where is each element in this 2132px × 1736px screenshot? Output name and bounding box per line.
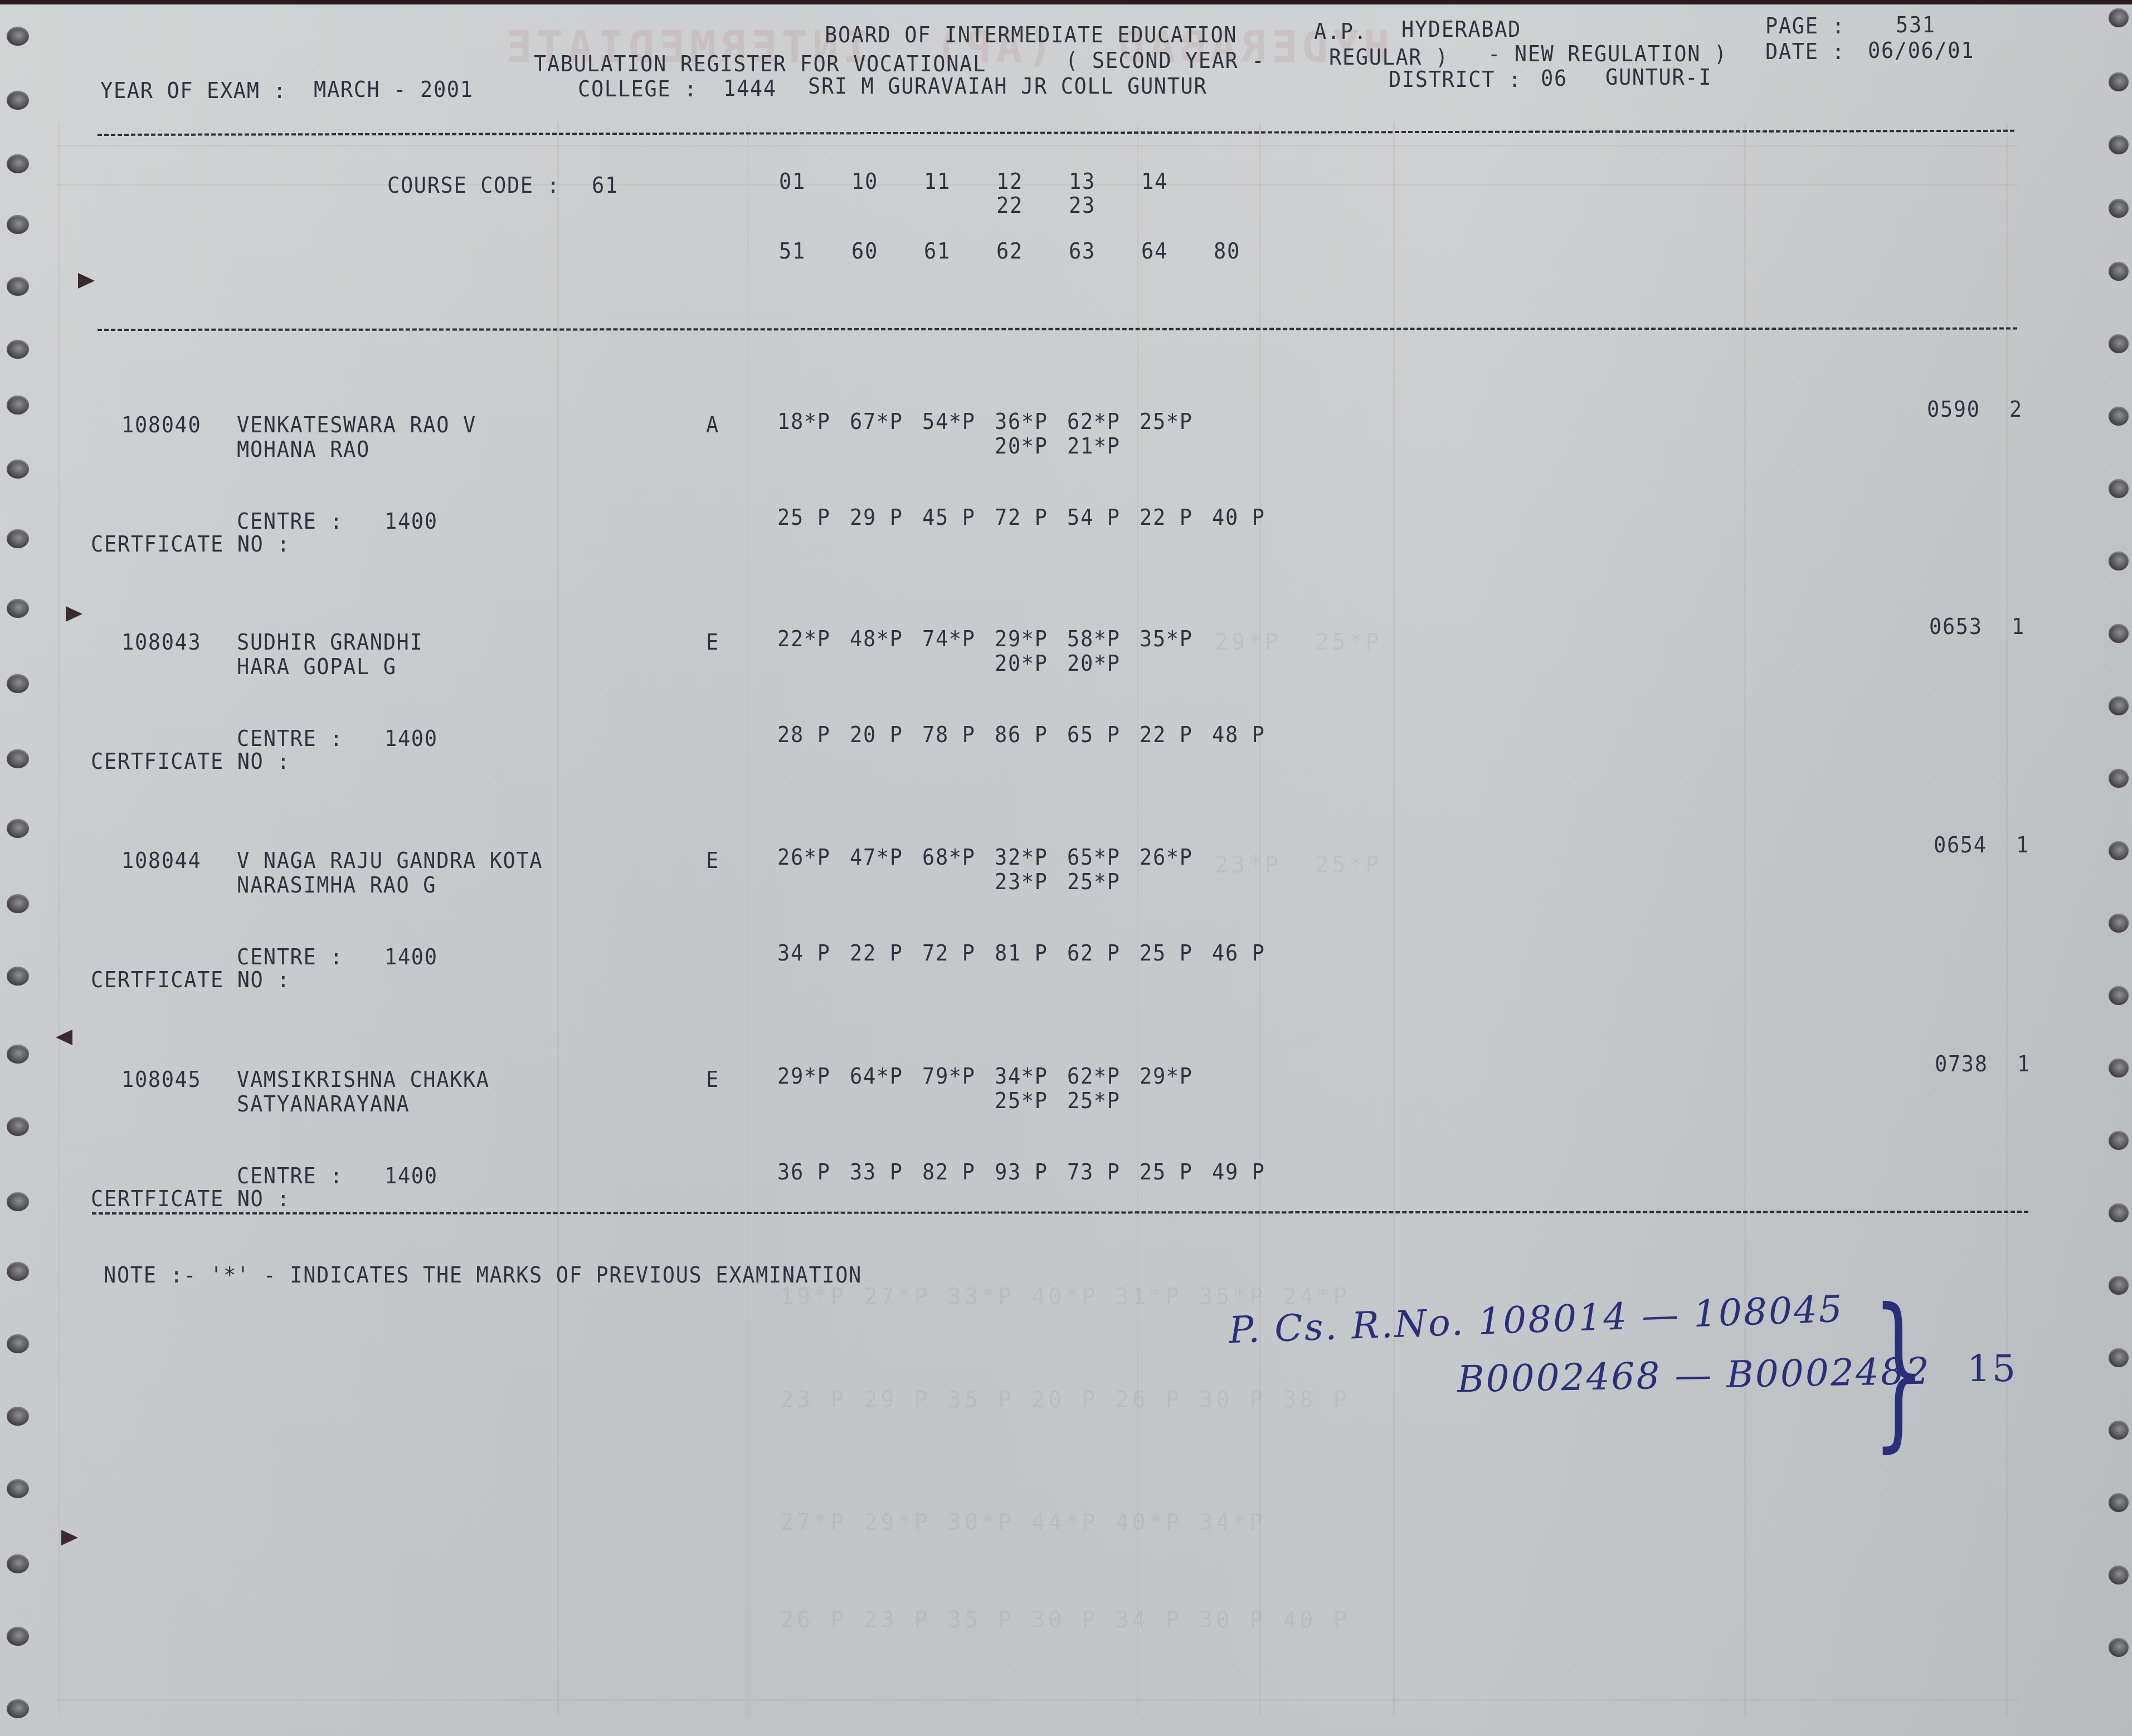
centre-code: 1400 xyxy=(384,727,438,750)
bleed-grid-line xyxy=(1744,123,1746,1716)
paper-tear-mark xyxy=(56,1030,72,1045)
current-mark: 22 P xyxy=(1140,723,1193,747)
current-mark: 82 P xyxy=(922,1160,976,1184)
year-label: YEAR OF EXAM : xyxy=(100,79,286,103)
date-label: DATE : xyxy=(1765,40,1845,64)
college-code: 1444 xyxy=(723,77,777,100)
roll-number: 108045 xyxy=(121,1068,201,1091)
sprocket-hole xyxy=(2109,769,2129,788)
current-mark: 33 P xyxy=(850,1160,903,1184)
total-marks: 0738 xyxy=(1935,1052,1988,1076)
bleed-grid-line xyxy=(56,184,2017,186)
total-marks: 0590 xyxy=(1927,398,1980,421)
sprocket-hole xyxy=(7,1192,29,1211)
subject-code: 23 xyxy=(1069,194,1096,217)
centre-label: CENTRE : xyxy=(237,727,343,750)
total-marks: 0653 xyxy=(1929,615,1983,638)
sprocket-hole xyxy=(7,1334,29,1353)
current-mark: 86 P xyxy=(995,723,1048,747)
sprocket-hole xyxy=(7,1407,29,1426)
previous-mark: 25*P xyxy=(995,1089,1048,1113)
previous-mark: 34*P xyxy=(995,1065,1048,1088)
current-mark: 72 P xyxy=(995,506,1048,529)
certificate-label: CERTFICATE NO : xyxy=(91,1187,290,1211)
current-mark: 25 P xyxy=(777,506,831,529)
centre-code: 1400 xyxy=(384,1164,438,1188)
current-mark: 62 P xyxy=(1067,942,1121,965)
current-mark: 20 P xyxy=(850,723,903,747)
subject-code: 51 xyxy=(779,240,806,263)
sprocket-hole xyxy=(2109,1276,2129,1295)
subject-code: 12 xyxy=(996,170,1023,193)
sprocket-hole xyxy=(2109,1421,2129,1440)
sprocket-hole xyxy=(7,1699,29,1718)
current-mark: 49 P xyxy=(1212,1160,1265,1184)
centre-label: CENTRE : xyxy=(237,1164,343,1188)
bleed-grid-line xyxy=(557,123,559,1716)
sprocket-hole xyxy=(2109,479,2129,498)
sprocket-hole xyxy=(2109,1203,2129,1222)
previous-mark: 26*P xyxy=(777,846,831,869)
sprocket-hole xyxy=(7,1117,29,1136)
course-code: 61 xyxy=(592,174,619,197)
student-name: V NAGA RAJU GANDRA KOTA xyxy=(237,849,543,872)
division: 1 xyxy=(2016,833,2029,857)
sprocket-hole xyxy=(2109,334,2129,353)
state-abbr: A.P. xyxy=(1314,20,1367,43)
current-mark: 40 P xyxy=(1212,506,1265,529)
previous-mark: 74*P xyxy=(922,627,976,651)
division: 1 xyxy=(2012,615,2025,638)
previous-mark: 29*P xyxy=(995,627,1048,651)
current-mark: 36 P xyxy=(777,1160,831,1184)
previous-mark: 32*P xyxy=(995,846,1048,869)
sprocket-hole xyxy=(2109,1348,2129,1367)
sprocket-hole xyxy=(2109,407,2129,426)
centre-label: CENTRE : xyxy=(237,510,343,533)
handwritten-certificate-range: B0002468 — B0002482 xyxy=(1457,1350,1931,1401)
bleed-grid-line xyxy=(1259,123,1261,1716)
sprocket-hole xyxy=(7,27,29,46)
previous-mark: 48*P xyxy=(850,627,903,651)
sprocket-hole xyxy=(2109,1059,2129,1077)
bleed-marks-text: 23 P 29 P 35 P 20 P 26 P 30 P 38 P xyxy=(780,1387,1350,1413)
footnote: NOTE :- '*' - INDICATES THE MARKS OF PRE… xyxy=(104,1264,862,1287)
page-label: PAGE : xyxy=(1765,14,1845,38)
medium-code: A xyxy=(706,413,719,437)
sprocket-hole xyxy=(2109,135,2129,154)
paper-tear-mark xyxy=(78,273,95,289)
certificate-label: CERTFICATE NO : xyxy=(91,533,290,556)
previous-mark: 22*P xyxy=(777,627,831,651)
sprocket-hole xyxy=(7,674,29,693)
previous-mark: 68*P xyxy=(922,846,976,869)
college-name: SRI M GURAVAIAH JR COLL GUNTUR xyxy=(808,75,1207,98)
exam-stream: ( SECOND YEAR - xyxy=(1065,49,1265,72)
father-name: NARASIMHA RAO G xyxy=(237,874,436,897)
sprocket-hole xyxy=(2109,986,2129,1005)
current-mark: 46 P xyxy=(1212,942,1265,965)
previous-mark: 36*P xyxy=(995,410,1048,433)
previous-mark: 25*P xyxy=(1067,870,1121,894)
sprocket-hole xyxy=(7,215,29,234)
subject-code: 22 xyxy=(996,194,1023,217)
certificate-label: CERTFICATE NO : xyxy=(91,968,290,992)
bleed-marks-text: 27*P 29*P 30*P 44*P 40*P 34*P xyxy=(780,1510,1266,1535)
medium-code: E xyxy=(706,1068,719,1091)
district-code: 06 xyxy=(1541,67,1568,90)
previous-mark: 65*P xyxy=(1067,846,1121,869)
subject-code: 10 xyxy=(851,170,878,193)
current-mark: 22 P xyxy=(1140,506,1193,529)
sprocket-hole xyxy=(2109,696,2129,715)
subject-code: 60 xyxy=(851,240,878,263)
college-label: COLLEGE : xyxy=(578,77,698,101)
sprocket-hole xyxy=(2109,1131,2129,1150)
bleed-marks-text: 26 P 23 P 35 P 30 P 34 P 30 P 40 P xyxy=(780,1607,1350,1633)
register-title: TABULATION REGISTER FOR VOCATIONAL xyxy=(534,52,986,76)
previous-mark: 62*P xyxy=(1067,1065,1121,1088)
district-label: DISTRICT : xyxy=(1389,68,1522,91)
sprocket-hole xyxy=(7,749,29,768)
print-date: 06/06/01 xyxy=(1868,39,1974,62)
page-number: 531 xyxy=(1896,13,1936,37)
certificate-label: CERTFICATE NO : xyxy=(91,750,290,773)
current-mark: 81 P xyxy=(995,942,1048,965)
previous-mark: 29*P xyxy=(1140,1065,1193,1088)
previous-mark: 67*P xyxy=(850,410,903,433)
current-mark: 34 P xyxy=(777,942,831,965)
subject-code: 13 xyxy=(1069,170,1096,193)
current-mark: 45 P xyxy=(922,506,976,529)
regulation: - NEW REGULATION ) xyxy=(1488,42,1727,66)
sprocket-hole xyxy=(2109,1493,2129,1512)
subject-code: 62 xyxy=(996,240,1023,263)
previous-mark: 58*P xyxy=(1067,627,1121,651)
previous-mark: 20*P xyxy=(1067,652,1121,675)
board-title: BOARD OF INTERMEDIATE EDUCATION xyxy=(825,23,1237,47)
current-mark: 28 P xyxy=(777,723,831,747)
current-mark: 54 P xyxy=(1067,506,1121,529)
paper-top-edge xyxy=(0,0,2132,4)
student-name: VAMSIKRISHNA CHAKKA xyxy=(237,1068,490,1091)
centre-label: CENTRE : xyxy=(237,945,343,969)
subject-code: 01 xyxy=(779,170,806,193)
sprocket-hole xyxy=(7,819,29,838)
sprocket-hole xyxy=(2109,1566,2129,1584)
current-mark: 72 P xyxy=(922,942,976,965)
division: 1 xyxy=(2017,1052,2031,1076)
bleed-grid-line xyxy=(1137,123,1138,1716)
sprocket-hole xyxy=(7,277,29,296)
subject-code: 64 xyxy=(1141,240,1168,263)
paper-tear-mark xyxy=(66,606,82,622)
previous-mark: 62*P xyxy=(1067,410,1121,433)
previous-mark: 18*P xyxy=(777,410,831,433)
previous-mark: 26*P xyxy=(1140,846,1193,869)
sprocket-hole xyxy=(7,154,29,173)
sprocket-hole xyxy=(7,460,29,479)
father-name: HARA GOPAL G xyxy=(237,655,397,679)
handwritten-brace: } xyxy=(1872,1287,1925,1454)
sprocket-hole xyxy=(7,1554,29,1573)
centre-code: 1400 xyxy=(384,510,438,533)
current-mark: 29 P xyxy=(850,506,903,529)
sprocket-hole xyxy=(7,894,29,913)
previous-mark: 20*P xyxy=(995,435,1048,458)
current-mark: 78 P xyxy=(922,723,976,747)
sprocket-hole xyxy=(2109,8,2129,27)
previous-mark: 25*P xyxy=(1067,1089,1121,1113)
current-mark: 93 P xyxy=(995,1160,1048,1184)
sprocket-hole xyxy=(7,599,29,618)
handwritten-count: 15 xyxy=(1967,1347,2017,1390)
sprocket-hole xyxy=(2109,262,2129,281)
previous-mark: 20*P xyxy=(995,652,1048,675)
bleed-grid-line xyxy=(747,123,748,1716)
paper-tear-mark xyxy=(61,1530,78,1545)
subject-code: 80 xyxy=(1214,240,1240,263)
sprocket-hole xyxy=(7,1262,29,1281)
previous-mark: 21*P xyxy=(1067,435,1121,458)
bleed-grid-line xyxy=(2006,123,2008,1716)
exam-type: REGULAR ) xyxy=(1329,46,1449,69)
previous-mark: 23*P xyxy=(995,870,1048,894)
sprocket-hole xyxy=(7,340,29,359)
medium-code: E xyxy=(706,631,719,654)
bleed-marks-text: 23*P 25*P xyxy=(1215,852,1383,878)
roll-number: 108044 xyxy=(121,849,201,872)
bleed-grid-line xyxy=(56,145,2017,147)
previous-mark: 47*P xyxy=(850,846,903,869)
medium-code: E xyxy=(706,849,719,872)
sprocket-hole xyxy=(7,1627,29,1646)
course-code-label: COURSE CODE : xyxy=(387,174,560,197)
father-name: MOHANA RAO xyxy=(237,438,370,461)
centre-code: 1400 xyxy=(384,945,438,969)
bleed-grid-line xyxy=(56,1699,2017,1701)
sprocket-hole xyxy=(2109,552,2129,570)
current-mark: 25 P xyxy=(1140,1160,1193,1184)
previous-mark: 35*P xyxy=(1140,627,1193,651)
sprocket-hole xyxy=(2109,914,2129,933)
current-mark: 73 P xyxy=(1067,1160,1121,1184)
bleed-grid-line xyxy=(1393,123,1395,1716)
bleed-grid-line xyxy=(59,123,60,1716)
student-name: SUDHIR GRANDHI xyxy=(237,631,423,654)
father-name: SATYANARAYANA xyxy=(237,1093,410,1116)
current-mark: 48 P xyxy=(1212,723,1265,747)
previous-mark: 64*P xyxy=(850,1065,903,1088)
sprocket-hole xyxy=(2109,1638,2129,1657)
subject-code: 63 xyxy=(1069,240,1096,263)
sprocket-hole xyxy=(2109,624,2129,643)
current-mark: 65 P xyxy=(1067,723,1121,747)
current-mark: 25 P xyxy=(1140,942,1193,965)
sprocket-hole xyxy=(7,1045,29,1064)
sprocket-hole xyxy=(7,1479,29,1498)
total-marks: 0654 xyxy=(1934,833,1987,857)
current-mark: 22 P xyxy=(850,942,903,965)
bleed-marks-text: 29*P 25*P xyxy=(1215,630,1383,655)
division: 2 xyxy=(2009,398,2023,421)
sprocket-hole xyxy=(2109,841,2129,860)
roll-number: 108040 xyxy=(121,413,201,437)
subject-code: 14 xyxy=(1141,170,1168,193)
sprocket-hole xyxy=(7,396,29,415)
roll-number: 108043 xyxy=(121,631,201,654)
previous-mark: 79*P xyxy=(922,1065,976,1088)
previous-mark: 25*P xyxy=(1140,410,1193,433)
sprocket-hole xyxy=(2109,72,2129,91)
previous-mark: 29*P xyxy=(777,1065,831,1088)
sprocket-hole xyxy=(7,967,29,986)
previous-mark: 54*P xyxy=(922,410,976,433)
board-city: HYDERABAD xyxy=(1401,18,1521,41)
bleed-marks-text: 19*P 27*P 33*P 40*P 31*P 35*P 24*P xyxy=(780,1284,1350,1310)
sprocket-hole xyxy=(2109,199,2129,218)
sprocket-hole xyxy=(7,529,29,548)
exam-year: MARCH - 2001 xyxy=(314,78,474,101)
subject-code: 61 xyxy=(924,240,951,263)
subject-code: 11 xyxy=(924,170,951,193)
student-name: VENKATESWARA RAO V xyxy=(237,413,476,437)
sprocket-hole xyxy=(7,91,29,110)
district-name: GUNTUR-I xyxy=(1605,66,1712,89)
